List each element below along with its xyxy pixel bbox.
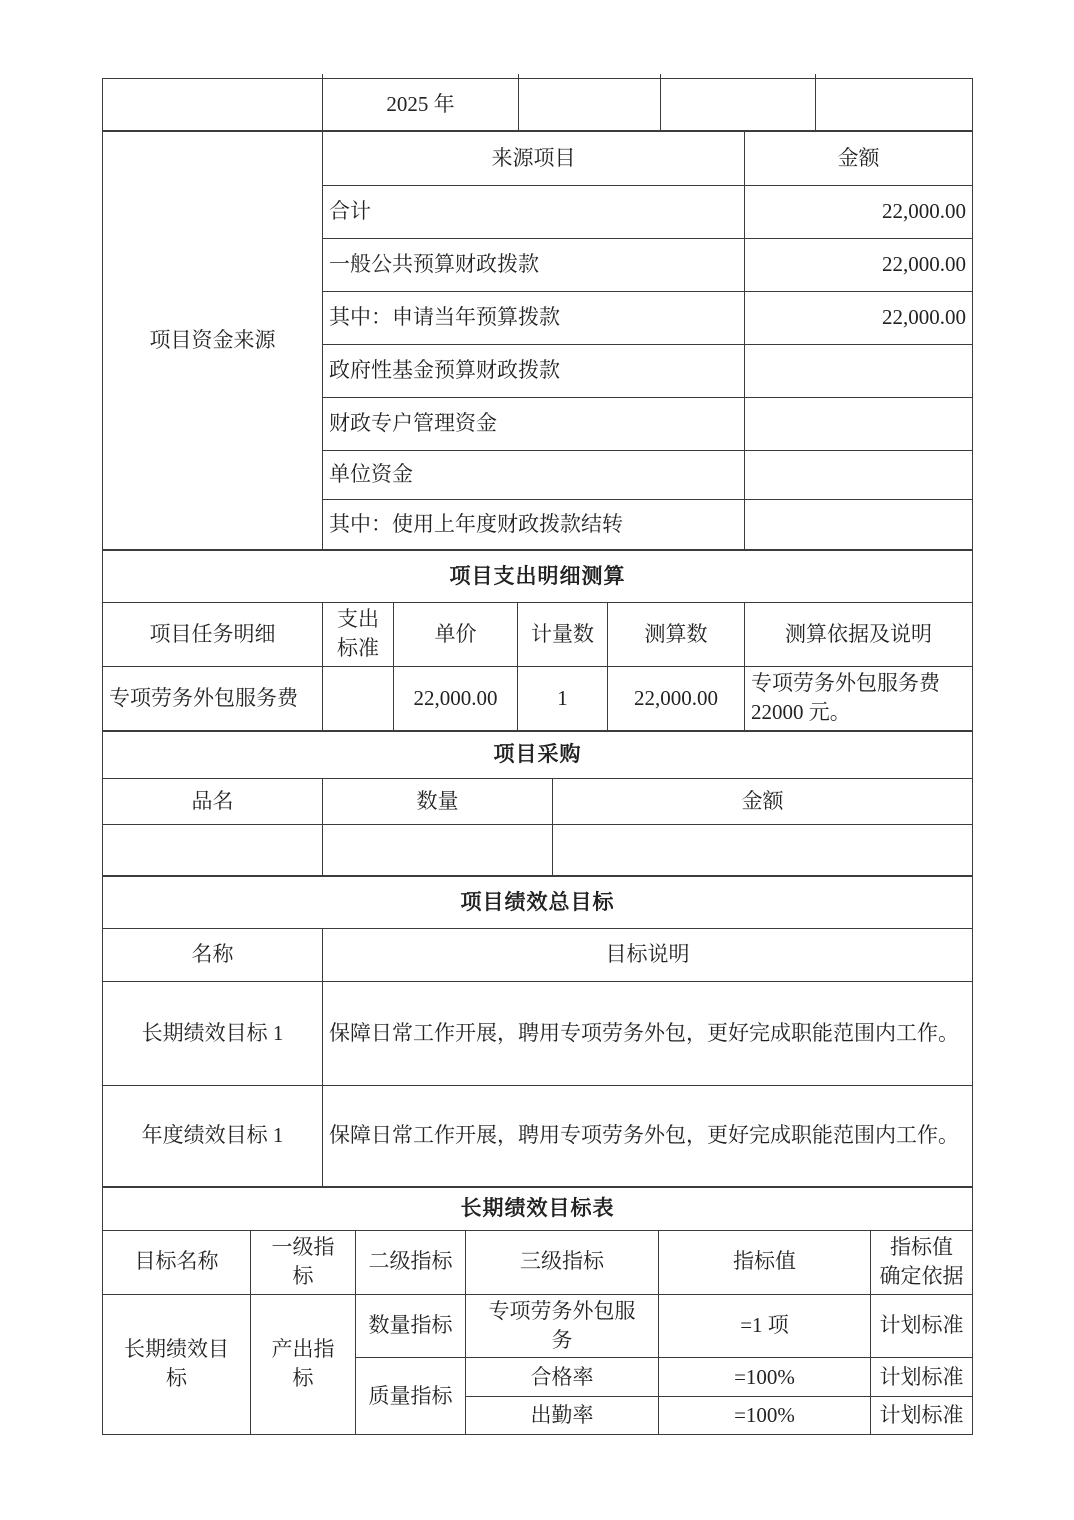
funding-row-amount xyxy=(745,398,973,451)
year-cell: 2025 年 xyxy=(323,79,519,131)
procurement-item-cell xyxy=(103,824,323,875)
table-row: 项目资金来源 来源项目 金额 xyxy=(103,132,973,186)
procurement-amount-cell xyxy=(553,824,973,875)
expenditure-section-title: 项目支出明细测算 xyxy=(103,551,973,603)
table-row: 目标名称 一级指 标 二级指标 三级指标 指标值 指标值 确定依据 xyxy=(103,1230,973,1294)
table-row: 项目绩效总目标 xyxy=(103,876,973,928)
longterm-value-cell: =100% xyxy=(659,1358,871,1397)
longterm-header-value: 指标值 xyxy=(659,1230,871,1294)
longterm-goal-name-cell: 长期绩效目 标 xyxy=(103,1294,251,1435)
overall-goals-header-description: 目标说明 xyxy=(323,928,973,981)
expenditure-header-quantity: 计量数 xyxy=(518,603,608,667)
expenditure-task-cell: 专项劳务外包服务费 xyxy=(103,666,323,730)
funding-row-amount xyxy=(745,451,973,500)
funding-sources-table: 项目资金来源 来源项目 金额 合计 22,000.00 一般公共预算财政拨款 2… xyxy=(102,131,973,550)
procurement-quantity-cell xyxy=(323,824,553,875)
longterm-basis-cell: 计划标准 xyxy=(871,1397,973,1435)
table-row: 项目任务明细 支出 标准 单价 计量数 测算数 测算依据及说明 xyxy=(103,603,973,667)
expenditure-table: 项目支出明细测算 项目任务明细 支出 标准 单价 计量数 测算数 测算依据及说明… xyxy=(102,550,973,731)
funding-row-label: 财政专户管理资金 xyxy=(323,398,745,451)
expenditure-header-unit-price: 单价 xyxy=(394,603,518,667)
longterm-header-level1: 一级指 标 xyxy=(251,1230,356,1294)
overall-goal-description: 保障日常工作开展，聘用专项劳务外包，更好完成职能范围内工作。 xyxy=(323,1085,973,1186)
longterm-header-level2: 二级指标 xyxy=(356,1230,466,1294)
funding-row-amount xyxy=(745,500,973,550)
top-fragment-cell xyxy=(661,79,816,131)
document-page: 2025 年 项目资金来源 来源项目 金额 合计 22,000.00 一般公共预… xyxy=(0,0,1074,1520)
longterm-value-cell: =1 项 xyxy=(659,1294,871,1358)
longterm-level3-cell: 合格率 xyxy=(466,1358,659,1397)
funding-header-amount: 金额 xyxy=(745,132,973,186)
document-content: 2025 年 项目资金来源 来源项目 金额 合计 22,000.00 一般公共预… xyxy=(102,78,972,1435)
overall-goal-name: 年度绩效目标 1 xyxy=(103,1085,323,1186)
longterm-level3-cell: 专项劳务外包服 务 xyxy=(466,1294,659,1358)
top-fragment-cell xyxy=(103,79,323,131)
cutoff-border-stub xyxy=(518,74,519,78)
cutoff-border-stub xyxy=(815,74,816,78)
longterm-header-value-basis: 指标值 确定依据 xyxy=(871,1230,973,1294)
longterm-basis-cell: 计划标准 xyxy=(871,1358,973,1397)
table-row: 专项劳务外包服务费 22,000.00 1 22,000.00 专项劳务外包服务… xyxy=(103,666,973,730)
longterm-level1-cell: 产出指 标 xyxy=(251,1294,356,1435)
overall-goal-name: 长期绩效目标 1 xyxy=(103,981,323,1085)
overall-goals-table: 项目绩效总目标 名称 目标说明 长期绩效目标 1 保障日常工作开展，聘用专项劳务… xyxy=(102,876,973,1187)
funding-row-label: 一般公共预算财政拨款 xyxy=(323,239,745,292)
funding-row-label: 合计 xyxy=(323,186,745,239)
longterm-level3-cell: 出勤率 xyxy=(466,1397,659,1435)
expenditure-quantity-cell: 1 xyxy=(518,666,608,730)
overall-goals-header-name: 名称 xyxy=(103,928,323,981)
funding-row-label: 单位资金 xyxy=(323,451,745,500)
table-row: 项目支出明细测算 xyxy=(103,551,973,603)
table-row: 长期绩效目标表 xyxy=(103,1187,973,1230)
funding-header-source: 来源项目 xyxy=(323,132,745,186)
overall-goals-section-title: 项目绩效总目标 xyxy=(103,876,973,928)
procurement-header-quantity: 数量 xyxy=(323,778,553,824)
expenditure-header-basis: 测算依据及说明 xyxy=(745,603,973,667)
table-row: 长期绩效目 标 产出指 标 数量指标 专项劳务外包服 务 =1 项 计划标准 xyxy=(103,1294,973,1358)
longterm-goals-section-title: 长期绩效目标表 xyxy=(103,1187,973,1230)
longterm-header-level3: 三级指标 xyxy=(466,1230,659,1294)
procurement-header-amount: 金额 xyxy=(553,778,973,824)
expenditure-header-estimate: 测算数 xyxy=(608,603,745,667)
funding-row-amount xyxy=(745,345,973,398)
table-row xyxy=(103,824,973,875)
table-row: 2025 年 xyxy=(103,79,973,131)
longterm-basis-cell: 计划标准 xyxy=(871,1294,973,1358)
overall-goal-description: 保障日常工作开展，聘用专项劳务外包，更好完成职能范围内工作。 xyxy=(323,981,973,1085)
procurement-header-item: 品名 xyxy=(103,778,323,824)
top-fragment-cell xyxy=(519,79,661,131)
longterm-goals-table: 长期绩效目标表 目标名称 一级指 标 二级指标 三级指标 指标值 指标值 确定依… xyxy=(102,1187,973,1436)
procurement-section-title: 项目采购 xyxy=(103,731,973,778)
expenditure-header-standard: 支出 标准 xyxy=(323,603,394,667)
expenditure-basis-cell: 专项劳务外包服务费 22000 元。 xyxy=(745,666,973,730)
funding-row-amount: 22,000.00 xyxy=(745,239,973,292)
expenditure-estimate-cell: 22,000.00 xyxy=(608,666,745,730)
table-row: 名称 目标说明 xyxy=(103,928,973,981)
longterm-level2-cell: 数量指标 xyxy=(356,1294,466,1358)
table-row: 品名 数量 金额 xyxy=(103,778,973,824)
top-fragment-table: 2025 年 xyxy=(102,78,973,131)
top-fragment-cell xyxy=(816,79,973,131)
table-row: 项目采购 xyxy=(103,731,973,778)
expenditure-unit-price-cell: 22,000.00 xyxy=(394,666,518,730)
longterm-level2-cell: 质量指标 xyxy=(356,1358,466,1435)
procurement-table: 项目采购 品名 数量 金额 xyxy=(102,731,973,876)
cutoff-border-stub xyxy=(660,74,661,78)
expenditure-standard-cell xyxy=(323,666,394,730)
funding-row-label: 其中：申请当年预算拨款 xyxy=(323,292,745,345)
table-row: 长期绩效目标 1 保障日常工作开展，聘用专项劳务外包，更好完成职能范围内工作。 xyxy=(103,981,973,1085)
table-row: 年度绩效目标 1 保障日常工作开展，聘用专项劳务外包，更好完成职能范围内工作。 xyxy=(103,1085,973,1186)
funding-section-label: 项目资金来源 xyxy=(103,132,323,550)
longterm-header-goal-name: 目标名称 xyxy=(103,1230,251,1294)
funding-row-amount: 22,000.00 xyxy=(745,292,973,345)
funding-row-amount: 22,000.00 xyxy=(745,186,973,239)
expenditure-header-task: 项目任务明细 xyxy=(103,603,323,667)
cutoff-border-stub xyxy=(322,74,323,78)
funding-row-label: 政府性基金预算财政拨款 xyxy=(323,345,745,398)
funding-row-label: 其中：使用上年度财政拨款结转 xyxy=(323,500,745,550)
longterm-value-cell: =100% xyxy=(659,1397,871,1435)
